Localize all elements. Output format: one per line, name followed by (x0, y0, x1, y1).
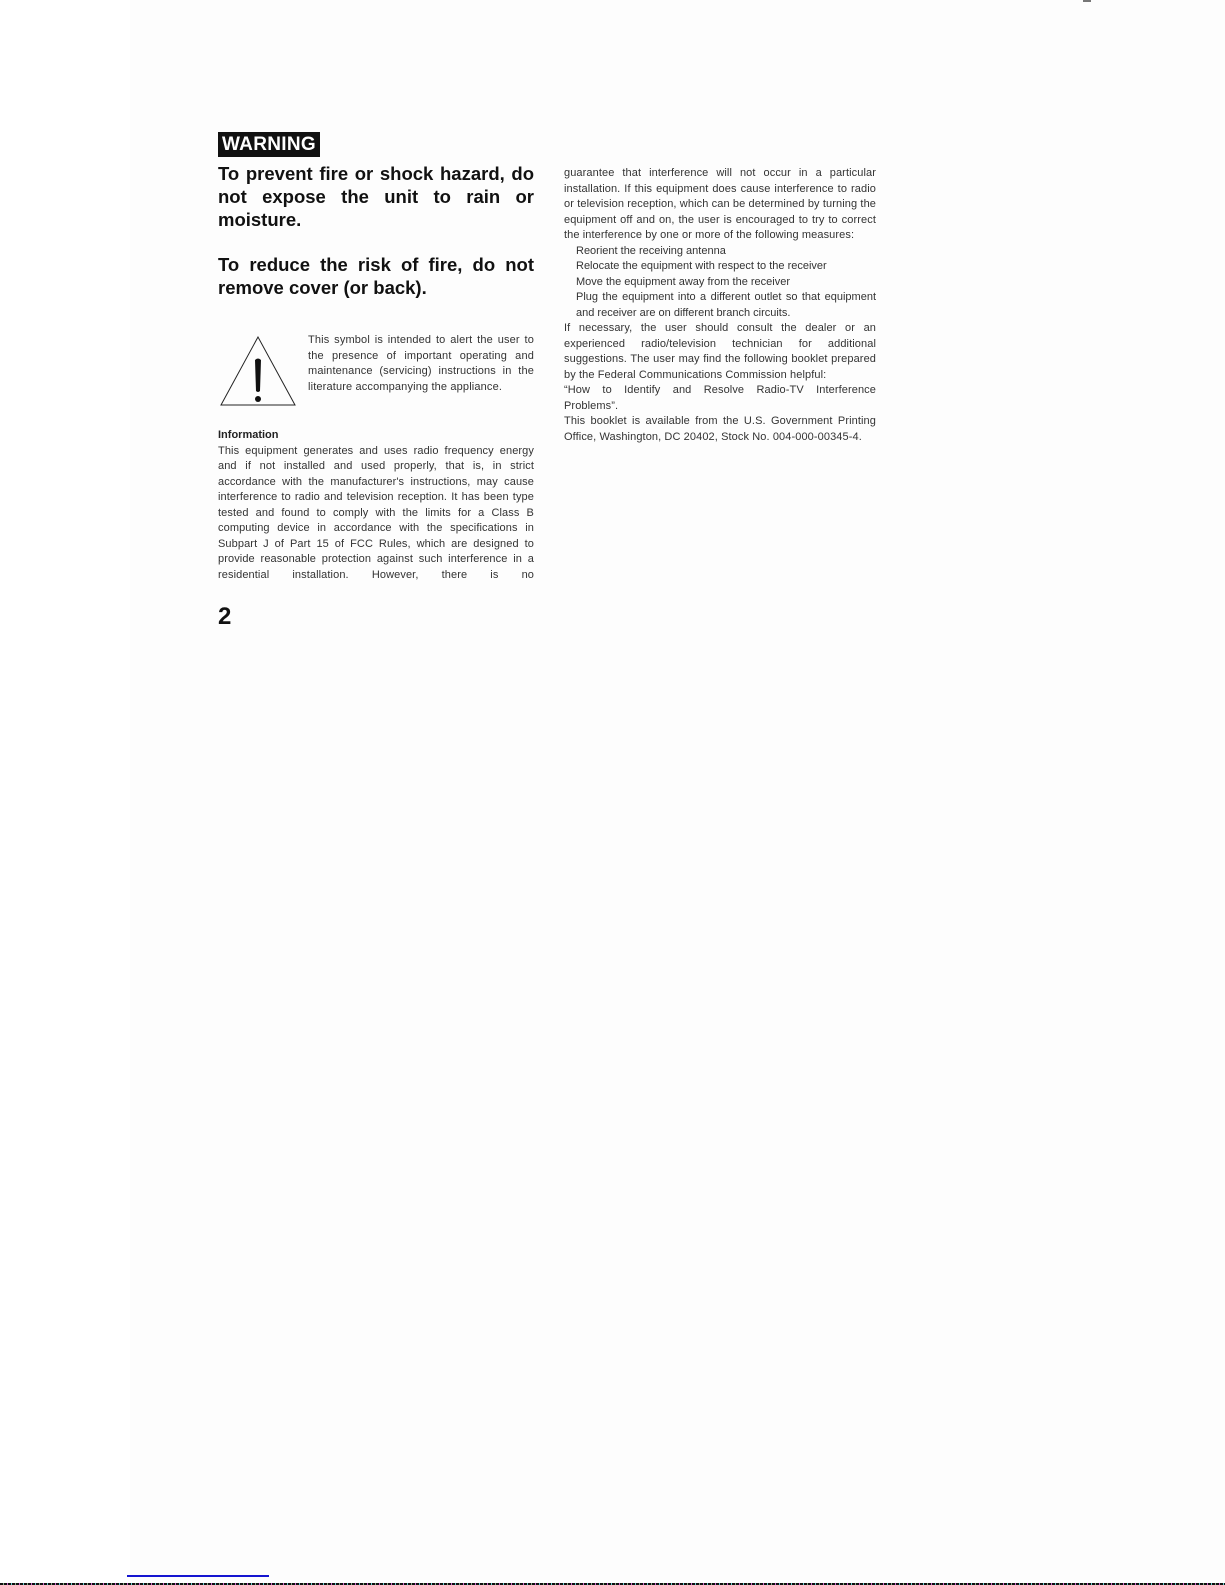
left-column: WARNING To prevent fire or shock hazard,… (218, 132, 534, 583)
availability-paragraph: This booklet is available from the U.S. … (564, 414, 876, 445)
measure-item: Relocate the equipment with respect to t… (576, 259, 876, 275)
booklet-title: “How to Identify and Resolve Radio-TV In… (564, 383, 876, 414)
right-column: guarantee that interference will not occ… (564, 166, 876, 445)
measures-list: Reorient the receiving antenna Relocate … (564, 244, 876, 322)
measure-item: Move the equipment away from the receive… (576, 275, 876, 291)
dealer-paragraph: If necessary, the user should consult th… (564, 321, 876, 383)
information-paragraph-right: guarantee that interference will not occ… (564, 166, 876, 244)
warning-headline-rain: To prevent fire or shock hazard, do not … (218, 162, 534, 231)
scan-corner-mark (1083, 0, 1091, 2)
information-paragraph-left: This equipment generates and uses radio … (218, 444, 534, 584)
information-heading: Information (218, 428, 534, 444)
warning-headline-cover: To reduce the risk of fire, do not remov… (218, 253, 534, 299)
blue-rule (127, 1575, 269, 1577)
symbol-description: This symbol is intended to alert the use… (308, 333, 534, 395)
page-number: 2 (218, 603, 231, 631)
measure-item: Reorient the receiving antenna (576, 244, 876, 260)
warning-triangle-exclamation-icon (218, 333, 308, 408)
measure-item: Plug the equipment into a different outl… (576, 290, 876, 321)
warning-badge: WARNING (218, 132, 320, 157)
symbol-note: This symbol is intended to alert the use… (218, 333, 534, 408)
